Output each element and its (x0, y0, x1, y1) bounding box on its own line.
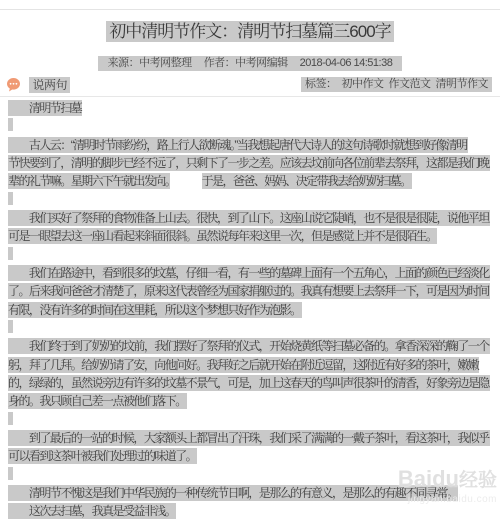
article-page: 初中清明节作文：清明节扫墓篇三600字 来源：中考网整理作者：中考网编辑2018… (0, 0, 500, 525)
selection-bar (8, 118, 13, 131)
selected-blank-line (0, 117, 500, 135)
article: 清明节扫墓 古人云：“清明时节雨纷纷，路上行人欲断魂。”当我想起唐代大诗人的这句… (0, 99, 500, 521)
article-line: 辈的礼节嘛。星期六下午就出发向。 于是，爸爸、妈妈、决定带我去给奶奶扫墓。 (0, 172, 500, 190)
page-title: 初中清明节作文：清明节扫墓篇三600字 (106, 21, 393, 42)
tags-label: 标签： (305, 78, 337, 90)
comment-link[interactable]: 说两句 (6, 76, 70, 93)
article-line: 有限，没有许多的时间在这里耗，所以这个梦想只好作为泡影。 (0, 301, 500, 319)
article-text: 我们终于到了奶奶的坟前，我们摆好了祭拜的仪式，开始烧黄纸等扫墓必备的。拿香深深的… (8, 338, 490, 354)
article-text: 到了最后的一站的时候，大家额头上都冒出了汗珠，我们采了满满的一戴子茶叶，看这茶叶… (8, 430, 490, 446)
article-text: 这次去扫墓，我真是受益非浅。 (8, 503, 176, 519)
article-line: 躬，拜了几拜。给奶奶请了安，向他问好。我拜好之后就开始在附近逗留，这附近有好多的… (0, 356, 500, 374)
article-line: 我们在路途中，看到很多的坟墓，仔细一看，有一些的墓碑上面有一个五角心，上面的颜色… (0, 264, 500, 282)
selected-blank-line (0, 319, 500, 337)
article-text: 节快要到了，清明的脚步已经不远了，只剩下了一步之差。应该去坟前向各位前辈去祭拜，… (8, 155, 490, 171)
selection-bar (8, 467, 13, 480)
article-text: 清明节扫墓 (8, 100, 82, 116)
article-line: 清明节不愧这是我们中华民族的一种传统节日啊，是那么的有意义，是那么的有趣不同寻常… (0, 484, 500, 502)
article-line: 我们买好了祭拜的食物准备上山去。很快，到了山下。这座山说它陡峭，也不是很是很陡，… (0, 209, 500, 227)
tag-item[interactable]: 作文范文 (389, 78, 431, 90)
article-line: 节快要到了，清明的脚步已经不远了，只剩下了一步之差。应该去坟前向各位前辈去祭拜，… (0, 154, 500, 172)
article-text: 清明节不愧这是我们中华民族的一种传统节日啊，是那么的有意义，是那么的有趣不同寻常… (8, 485, 458, 501)
article-text (170, 174, 201, 188)
selected-blank-line (0, 246, 500, 264)
header-divider (0, 96, 500, 97)
article-text: 可以看到这茶叶被我们处理过的味道了。 (8, 448, 197, 464)
article-line: 的，绿绿的，虽然说旁边有许多的坟墓不景气，可是，加上这春天的鸟叫声很茶叶的清香，… (0, 374, 500, 392)
source-row: 来源：中考网整理作者：中考网编辑2018-04-06 14:51:38 (0, 53, 500, 71)
title-row: 初中清明节作文：清明节扫墓篇三600字 (0, 21, 500, 42)
selected-blank-line (0, 411, 500, 429)
selected-blank-line (0, 466, 500, 484)
article-line: 身的。我只顾自己差一点被他们落下。 (0, 392, 500, 410)
article-line: 这次去扫墓，我真是受益非浅。 (0, 502, 500, 520)
meta-row: 说两句 标签：初中作文作文范文清明节作文 (0, 76, 500, 93)
article-line: 可是一眼望去这一座山看起来斜面很斜。虽然说每年来这里一次，但是感觉上并不是很陌生… (0, 227, 500, 245)
article-line: 了。后来我问爸爸才清楚了，原来这代表曾经为国家捐躯过的。我真有想要上去祭拜一下，… (0, 282, 500, 300)
comment-label[interactable]: 说两句 (29, 77, 70, 93)
article-text: 了。后来我问爸爸才清楚了，原来这代表曾经为国家捐躯过的。我真有想要上去祭拜一下，… (8, 283, 490, 299)
article-line: 我们终于到了奶奶的坟前，我们摆好了祭拜的仪式，开始烧黄纸等扫墓必备的。拿香深深的… (0, 337, 500, 355)
article-line: 可以看到这茶叶被我们处理过的味道了。 (0, 447, 500, 465)
article-text: 的，绿绿的，虽然说旁边有许多的坟墓不景气，可是，加上这春天的鸟叫声很茶叶的清香，… (8, 375, 490, 391)
top-divider (0, 9, 500, 10)
article-text: 我们在路途中，看到很多的坟墓，仔细一看，有一些的墓碑上面有一个五角心，上面的颜色… (8, 265, 490, 281)
selection-bar (8, 320, 13, 333)
tag-item[interactable]: 初中作文 (342, 78, 384, 90)
article-text: 于是，爸爸、妈妈、决定带我去给奶奶扫墓。 (202, 173, 412, 189)
author-label: 作者：中考网编辑 (204, 57, 288, 69)
selection-bar (8, 247, 13, 260)
article-text: 辈的礼节嘛。星期六下午就出发向。 (8, 173, 170, 189)
selection-bar (8, 412, 13, 425)
tag-item[interactable]: 清明节作文 (436, 78, 489, 90)
article-line: 古人云：“清明时节雨纷纷，路上行人欲断魂。”当我想起唐代大诗人的这句诗歌时就想到… (0, 136, 500, 154)
selected-blank-line (0, 191, 500, 209)
article-text: 躬，拜了几拜。给奶奶请了安，向他问好。我拜好之后就开始在附近逗留，这附近有好多的… (8, 357, 479, 373)
article-text: 我们买好了祭拜的食物准备上山去。很快，到了山下。这座山说它陡峭，也不是很是很陡，… (8, 210, 490, 226)
source-meta: 来源：中考网整理作者：中考网编辑2018-04-06 14:51:38 (98, 56, 403, 71)
article-line: 到了最后的一站的时候，大家额头上都冒出了汗珠，我们采了满满的一戴子茶叶，看这茶叶… (0, 429, 500, 447)
article-text: 可是一眼望去这一座山看起来斜面很斜。虽然说每年来这里一次，但是感觉上并不是很陌生… (8, 228, 437, 244)
article-text: 身的。我只顾自己差一点被他们落下。 (8, 393, 187, 409)
article-text: 有限，没有许多的时间在这里耗，所以这个梦想只好作为泡影。 (8, 302, 302, 318)
article-text: 古人云：“清明时节雨纷纷，路上行人欲断魂。”当我想起唐代大诗人的这句诗歌时就想到… (8, 137, 468, 153)
tag-list: 标签：初中作文作文范文清明节作文 (301, 77, 492, 92)
article-line: 清明节扫墓 (0, 99, 500, 117)
source-label: 来源：中考网整理 (108, 57, 192, 69)
comment-bubble-icon (6, 77, 21, 92)
publish-datetime: 2018-04-06 14:51:38 (300, 57, 393, 69)
selection-bar (8, 192, 13, 205)
